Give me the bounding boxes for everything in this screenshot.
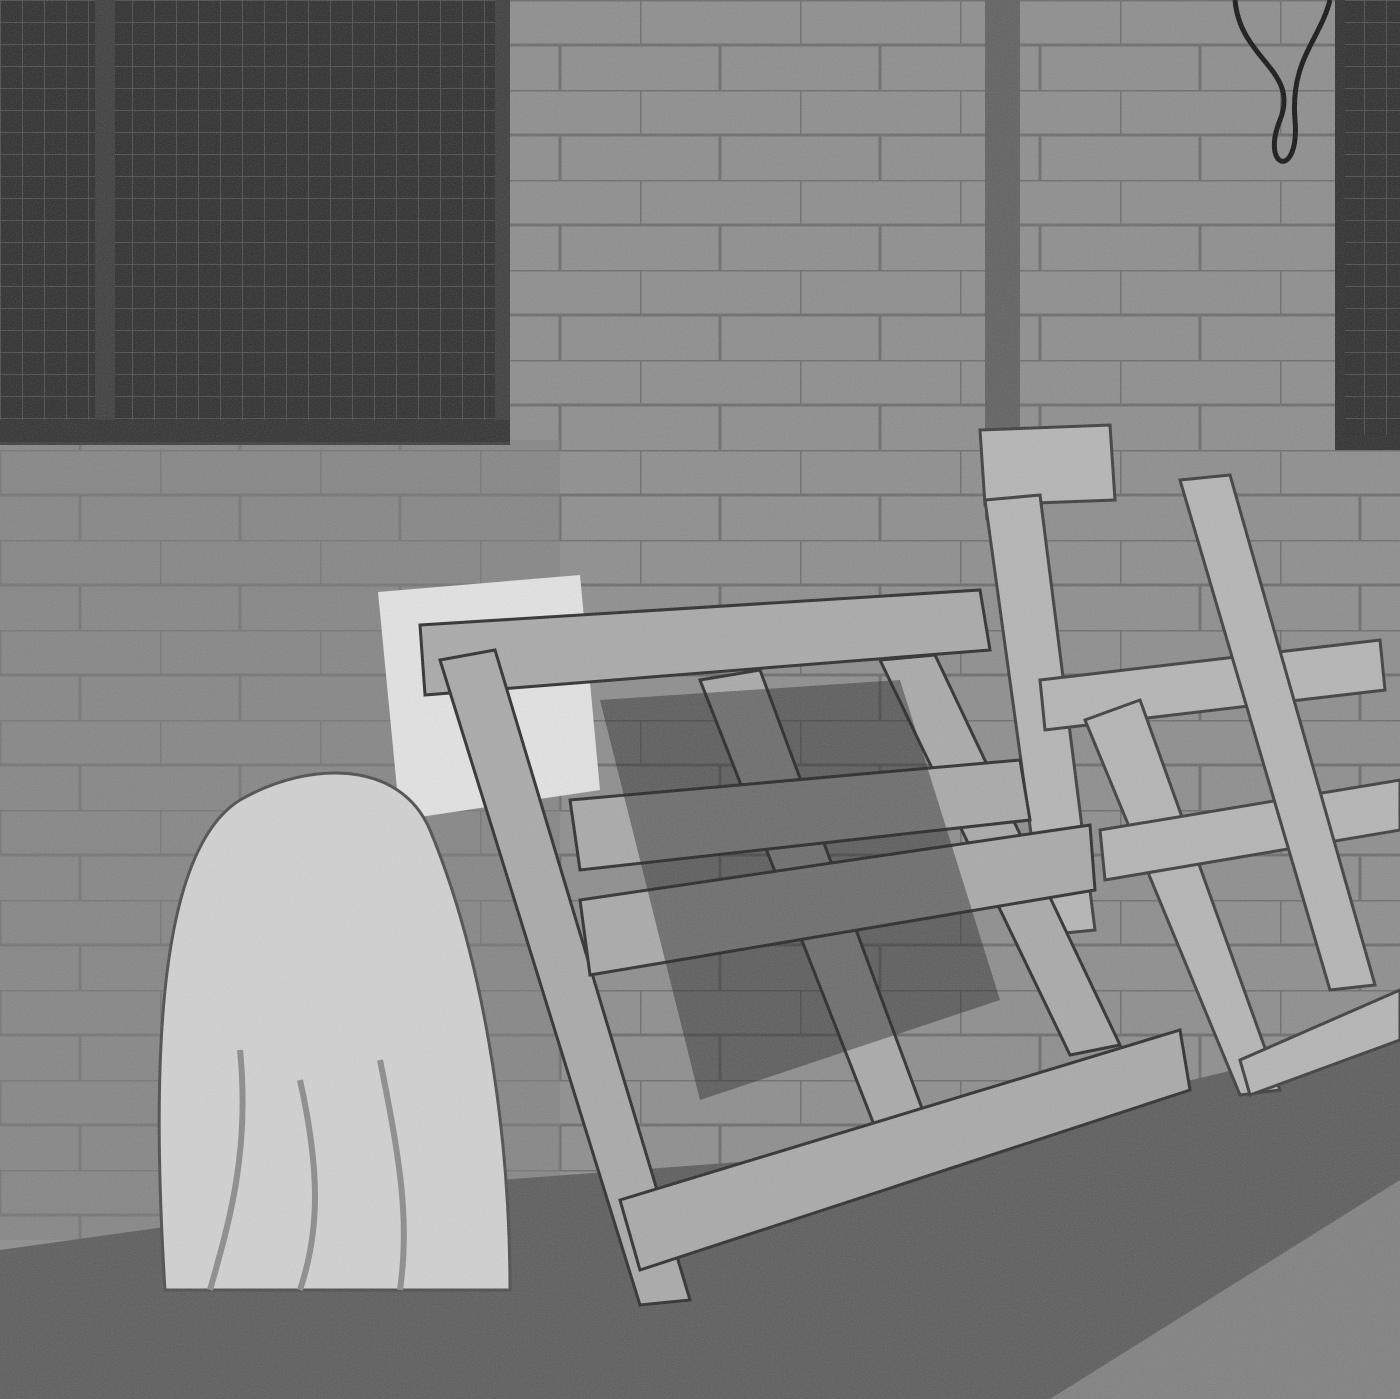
scene-illustration: [0, 0, 1400, 1399]
photograph: [0, 0, 1400, 1399]
